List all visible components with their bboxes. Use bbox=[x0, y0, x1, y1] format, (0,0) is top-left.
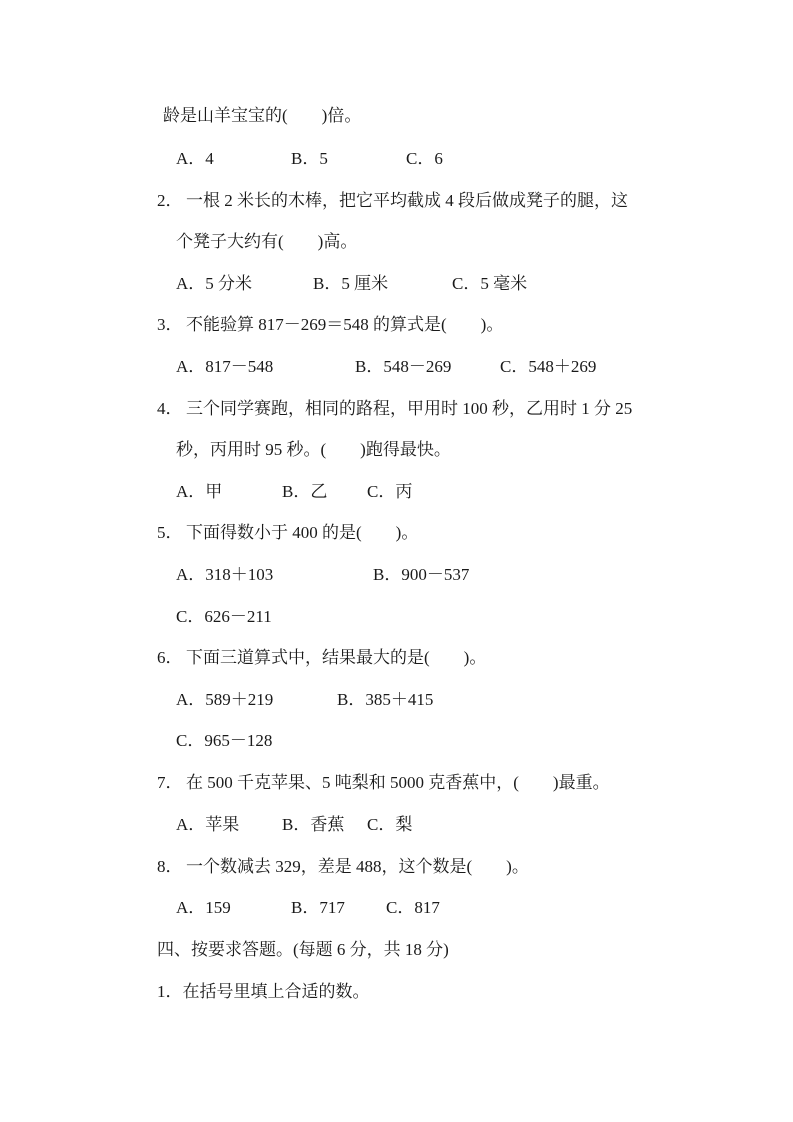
q8-option-b: B．717 bbox=[291, 897, 345, 919]
section-4-question-1: 1．在括号里填上合适的数。 bbox=[157, 981, 370, 1003]
q8-option-c: C．817 bbox=[386, 897, 440, 919]
q8-option-a: A．159 bbox=[176, 897, 231, 919]
q5-option-c: C．626－211 bbox=[176, 606, 272, 628]
question-6-number: 6． bbox=[157, 647, 183, 669]
q7-option-b: B．香蕉 bbox=[282, 814, 344, 836]
question-7-line-1: 在 500 千克苹果、5 吨梨和 5000 克香蕉中，( )最重。 bbox=[186, 772, 610, 794]
question-4-line-1: 三个同学赛跑，相同的路程，甲用时 100 秒，乙用时 1 分 25 bbox=[186, 398, 632, 420]
question-8-line-1: 一个数减去 329，差是 488，这个数是( )。 bbox=[186, 856, 529, 878]
question-2-number: 2． bbox=[157, 190, 183, 212]
q4-option-b: B．乙 bbox=[282, 481, 327, 503]
q6-option-a: A．589＋219 bbox=[176, 689, 273, 711]
q7-option-c: C．梨 bbox=[367, 814, 412, 836]
q1-option-a: A．4 bbox=[176, 148, 214, 170]
q1-option-c: C．6 bbox=[406, 148, 443, 170]
section-4-title: 四、按要求答题。(每题 6 分，共 18 分) bbox=[157, 939, 449, 961]
q5-option-b: B．900－537 bbox=[373, 564, 469, 586]
question-4-line-2: 秒，丙用时 95 秒。( )跑得最快。 bbox=[176, 439, 451, 461]
q2-option-b: B．5 厘米 bbox=[313, 273, 388, 295]
q2-option-c: C．5 毫米 bbox=[452, 273, 527, 295]
q5-option-a: A．318＋103 bbox=[176, 564, 273, 586]
q4-option-a: A．甲 bbox=[176, 481, 222, 503]
q3-option-c: C．548＋269 bbox=[500, 356, 596, 378]
question-2-line-1: 一根 2 米长的木棒，把它平均截成 4 段后做成凳子的腿，这 bbox=[186, 190, 628, 212]
question-6-line-1: 下面三道算式中，结果最大的是( )。 bbox=[186, 647, 486, 669]
question-2-line-2: 个凳子大约有( )高。 bbox=[176, 231, 357, 253]
question-5-number: 5． bbox=[157, 522, 183, 544]
question-8-number: 8． bbox=[157, 856, 183, 878]
question-3-line-1: 不能验算 817－269＝548 的算式是( )。 bbox=[186, 314, 503, 336]
q2-option-a: A．5 分米 bbox=[176, 273, 252, 295]
question-1-continuation: 龄是山羊宝宝的( )倍。 bbox=[163, 105, 361, 127]
q4-option-c: C．丙 bbox=[367, 481, 412, 503]
q3-option-a: A．817－548 bbox=[176, 356, 273, 378]
q1-option-b: B．5 bbox=[291, 148, 328, 170]
q7-option-a: A．苹果 bbox=[176, 814, 239, 836]
question-5-line-1: 下面得数小于 400 的是( )。 bbox=[186, 522, 418, 544]
q6-option-c: C．965－128 bbox=[176, 730, 272, 752]
question-4-number: 4． bbox=[157, 398, 183, 420]
question-3-number: 3． bbox=[157, 314, 183, 336]
q3-option-b: B．548－269 bbox=[355, 356, 451, 378]
q6-option-b: B．385＋415 bbox=[337, 689, 433, 711]
question-7-number: 7． bbox=[157, 772, 183, 794]
